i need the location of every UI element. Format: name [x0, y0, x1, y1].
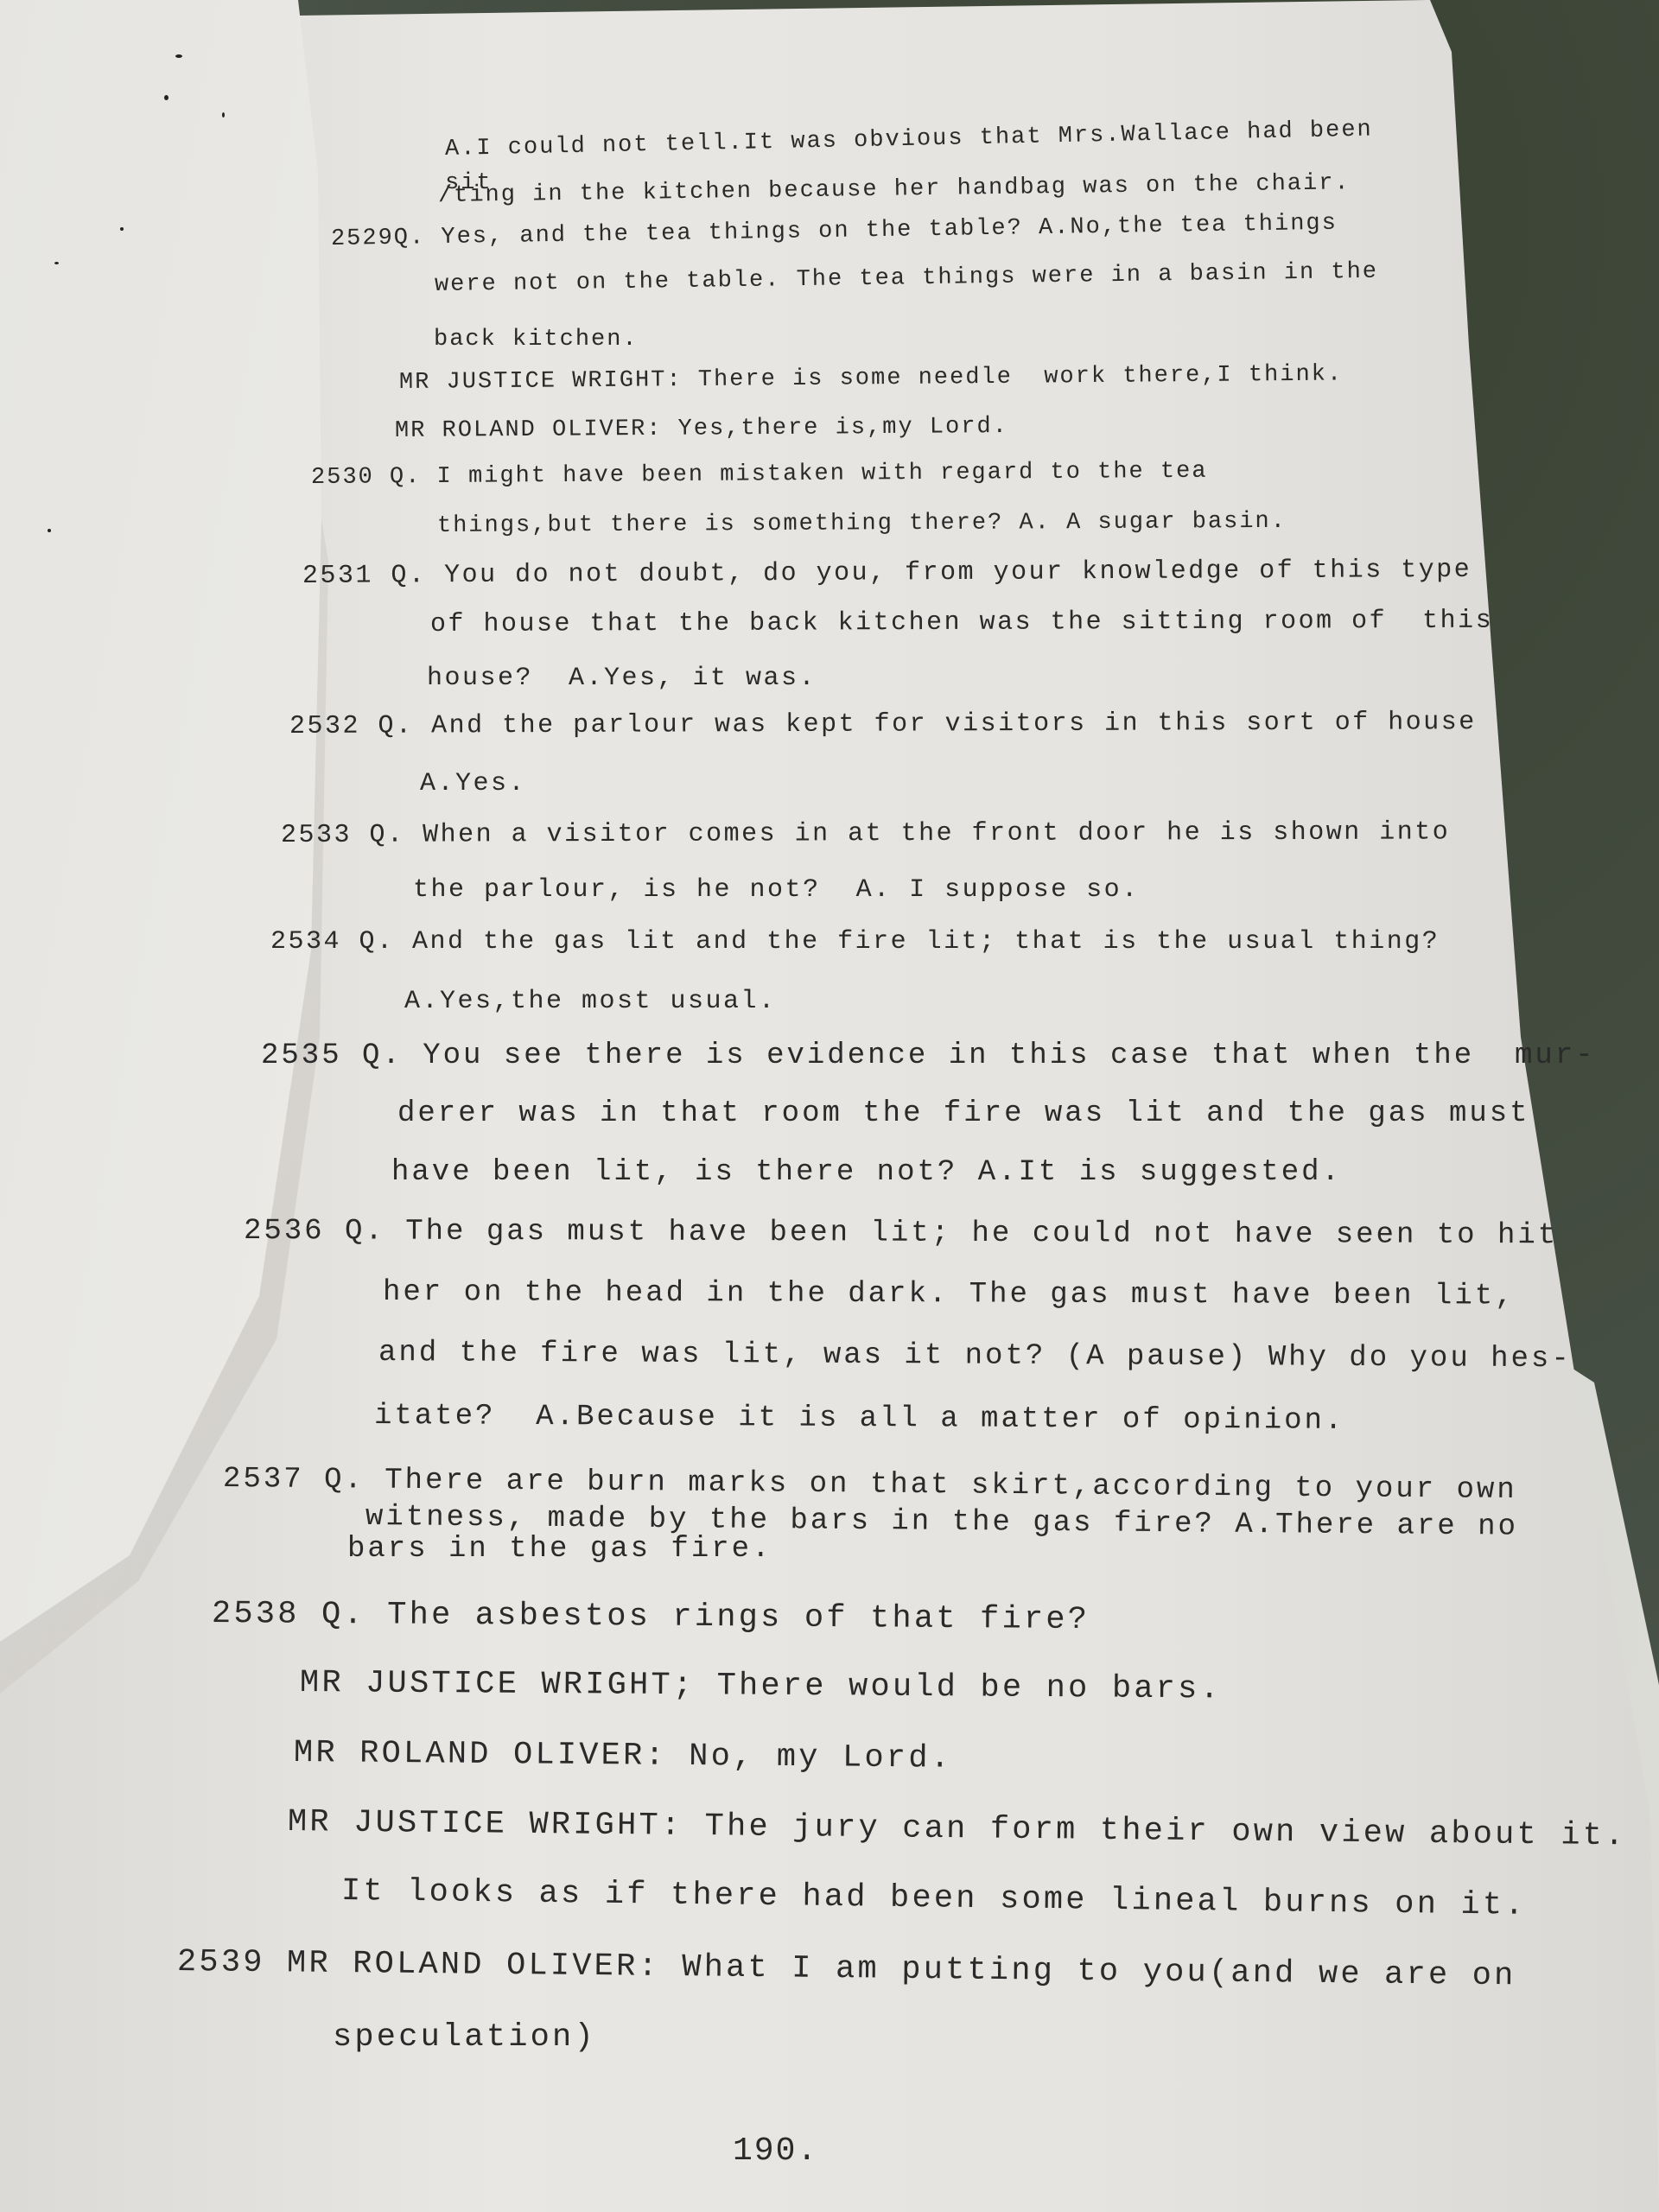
ink-speck — [54, 262, 59, 264]
transcript-line: 2534 Q. And the gas lit and the fire lit… — [270, 927, 1440, 957]
transcript-line: the parlour, is he not? A. I suppose so. — [413, 875, 1140, 905]
transcript-line: 2536 Q. The gas must have been lit; he c… — [244, 1215, 1558, 1252]
transcript-line: derer was in that room the fire was lit … — [397, 1097, 1530, 1130]
page-number: 190. — [733, 2133, 818, 2170]
transcript-line: 2538 Q. The asbestos rings of that fire? — [212, 1596, 1090, 1638]
transcript-line: speculation) — [333, 2019, 596, 2056]
ink-speck — [48, 529, 51, 532]
ink-speck — [222, 112, 225, 118]
ink-speck — [164, 95, 168, 100]
transcript-line: 2532 Q. And the parlour was kept for vis… — [289, 708, 1477, 741]
transcript-line: 2531 Q. You do not doubt, do you, from y… — [302, 556, 1471, 591]
ink-speck — [120, 227, 124, 231]
transcript-line: of house that the back kitchen was the s… — [430, 607, 1493, 639]
transcript-line: have been lit, is there not? A.It is sug… — [391, 1156, 1342, 1189]
transcript-line: A.Yes,the most usual. — [404, 987, 777, 1016]
transcript-line: MR ROLAND OLIVER: No, my Lord. — [294, 1735, 952, 1777]
transcript-line: MR JUSTICE WRIGHT; There would be no bar… — [300, 1665, 1222, 1707]
transcript-line: 2535 Q. You see there is evidence in thi… — [261, 1039, 1596, 1072]
ink-speck — [175, 54, 182, 58]
transcript-line: 2533 Q. When a visitor comes in at the f… — [281, 817, 1450, 850]
transcript-line: things,but there is something there? A. … — [437, 509, 1287, 539]
transcript-line: house? A.Yes, it was. — [427, 664, 817, 693]
transcript-line: MR ROLAND OLIVER: Yes,there is,my Lord. — [395, 414, 1008, 444]
transcript-line: A.Yes. — [420, 769, 526, 798]
transcript-line: her on the head in the dark. The gas mus… — [383, 1276, 1516, 1313]
transcript-line: itate? A.Because it is all a matter of o… — [374, 1400, 1345, 1438]
transcript-line: back kitchen. — [434, 327, 639, 353]
transcript-line: and the fire was lit, was it not? (A pau… — [378, 1337, 1572, 1376]
transcript-line: bars in the gas fire. — [347, 1533, 772, 1566]
